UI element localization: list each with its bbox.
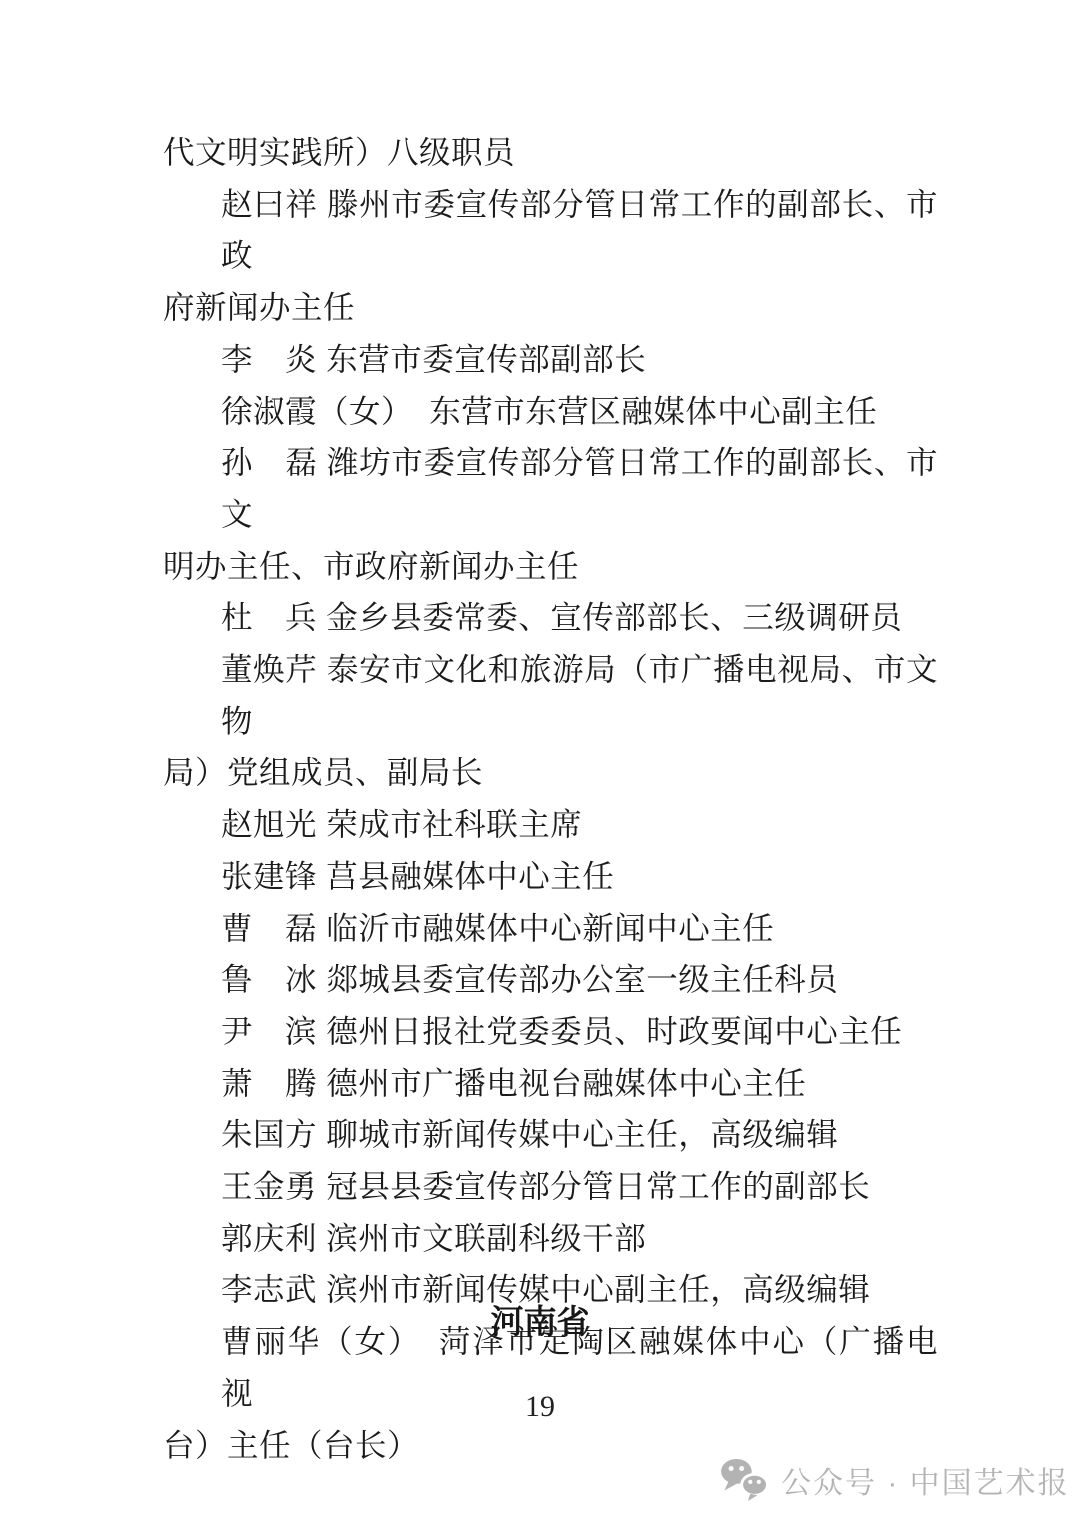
- text-line: 明办主任、市政府新闻办主任: [163, 541, 938, 593]
- text-line: 府新闻办主任: [163, 282, 938, 334]
- text-line: 李 炎 东营市委宣传部副部长: [163, 334, 938, 386]
- text-line: 张建锋 莒县融媒体中心主任: [163, 851, 938, 903]
- text-line: 孙 磊 潍坊市委宣传部分管日常工作的副部长、市文: [163, 437, 938, 540]
- page-number: 19: [0, 1390, 1080, 1424]
- text-line: 杜 兵 金乡县委常委、宣传部部长、三级调研员: [163, 592, 938, 644]
- text-line: 曹 磊 临沂市融媒体中心新闻中心主任: [163, 903, 938, 955]
- text-line: 董焕芹 泰安市文化和旅游局（市广播电视局、市文物: [163, 644, 938, 747]
- text-line: 王金勇 冠县县委宣传部分管日常工作的副部长: [163, 1161, 938, 1213]
- section-heading: 河南省: [0, 1298, 1080, 1346]
- watermark-label: 公众号 · 中国艺术报: [781, 1458, 1070, 1502]
- wechat-icon: [720, 1458, 770, 1502]
- text-line: 鲁 冰 郯城县委宣传部办公室一级主任科员: [163, 954, 938, 1006]
- text-line: 郭庆利 滨州市文联副科级干部: [163, 1213, 938, 1265]
- text-line: 萧 腾 德州市广播电视台融媒体中心主任: [163, 1058, 938, 1110]
- text-line: 赵曰祥 滕州市委宣传部分管日常工作的副部长、市政: [163, 179, 938, 282]
- text-line: 朱国方 聊城市新闻传媒中心主任，高级编辑: [163, 1109, 938, 1161]
- text-line: 徐淑霞（女） 东营市东营区融媒体中心副主任: [163, 386, 938, 438]
- document-page: 代文明实践所）八级职员 赵曰祥 滕州市委宣传部分管日常工作的副部长、市政 府新闻…: [0, 0, 1080, 1526]
- watermark: 公众号 · 中国艺术报: [720, 1458, 1070, 1502]
- text-line: 赵旭光 荣成市社科联主席: [163, 799, 938, 851]
- body-text: 代文明实践所）八级职员 赵曰祥 滕州市委宣传部分管日常工作的副部长、市政 府新闻…: [163, 127, 938, 1471]
- text-line: 局）党组成员、副局长: [163, 747, 938, 799]
- text-line: 代文明实践所）八级职员: [163, 127, 938, 179]
- text-line: 尹 滨 德州日报社党委委员、时政要闻中心主任: [163, 1006, 938, 1058]
